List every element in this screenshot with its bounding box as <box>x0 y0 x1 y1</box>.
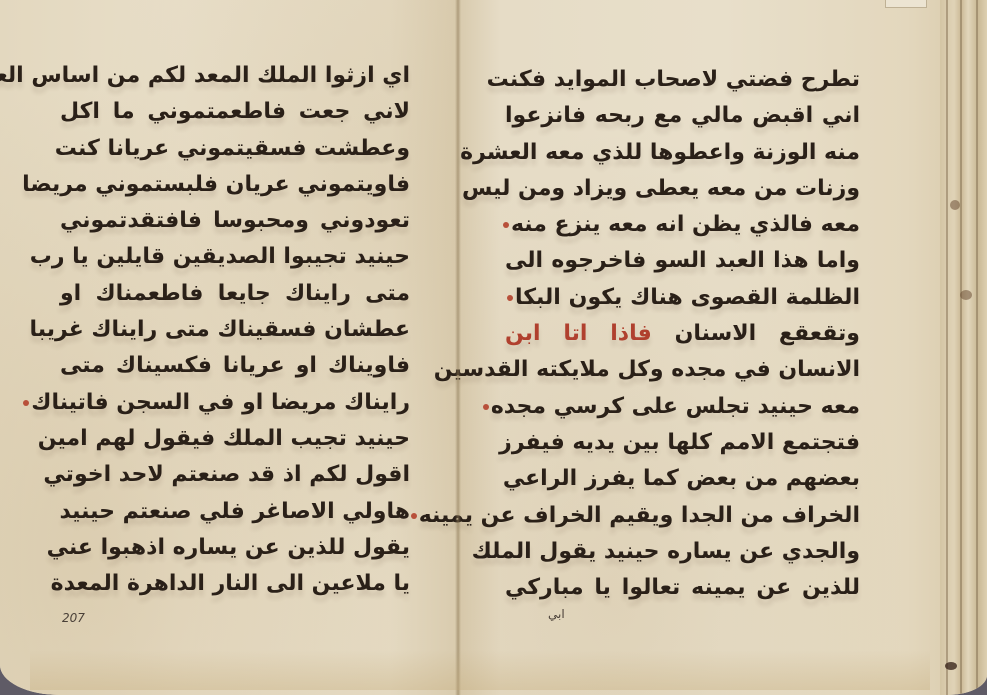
text-line: اقول لكم اذ قد صنعتم لاحد اخوتي <box>60 457 410 493</box>
edge-line <box>946 0 948 695</box>
left-page: اي ازثوا الملك المعد لكم من اساس العالم … <box>0 0 458 695</box>
edge-line <box>976 0 978 695</box>
text-line: هاولي الاصاغر فلي صنعتم حينيد <box>60 494 410 530</box>
text-line: تطرح فضتي لاصحاب الموايد فكنت <box>505 62 860 98</box>
text-line: وزنات من معه يعطى ويزاد ومن ليس <box>505 171 860 207</box>
text-line: اني اقبض مالي مع ربحه فانزعوا <box>505 98 860 134</box>
text-line: بعضهم من بعض كما يفرز الراعي <box>505 461 860 497</box>
text-line: حينيد تجيبوا الصديقين قايلين يا رب <box>60 239 410 275</box>
manuscript-photo: اي ازثوا الملك المعد لكم من اساس العالم … <box>0 0 987 695</box>
text-line: يا ملاعين الى النار الداهرة المعدة <box>60 566 410 602</box>
text-line: معه فالذي يظن انه معه ينزع منه <box>505 207 860 243</box>
text-line: والجدي عن يساره حينيد يقول الملك <box>505 534 860 570</box>
red-rubric: فاذا اتا ابن <box>505 321 652 346</box>
text-line: الانسان في مجده وكل ملايكته القدسين <box>505 352 860 388</box>
text-line: متى رايناك جايعا فاطعمناك او <box>60 276 410 312</box>
verse-marker-dot <box>507 295 513 301</box>
left-page-text: اي ازثوا الملك المعد لكم من اساس العالم … <box>60 58 410 602</box>
text-line: رايناك مريضا او في السجن فاتيناك <box>60 385 410 421</box>
edge-line <box>960 0 962 695</box>
text-line: وتقعقع الاسنان فاذا اتا ابن <box>505 316 860 352</box>
ink-stain <box>960 290 972 300</box>
right-page-text: تطرح فضتي لاصحاب الموايد فكنت اني اقبض م… <box>505 62 860 606</box>
book-gutter <box>455 0 461 695</box>
open-book: اي ازثوا الملك المعد لكم من اساس العالم … <box>0 0 987 695</box>
text-line: الخراف من الجدا ويقيم الخراف عن يمينه <box>505 498 860 534</box>
text-line: اي ازثوا الملك المعد لكم من اساس العالم <box>60 58 410 94</box>
ink-stain <box>950 200 960 210</box>
text-line: لاني جعت فاطعمتموني ما اكل <box>60 94 410 130</box>
verse-marker-dot <box>411 513 417 519</box>
catchword: ابي <box>548 607 565 621</box>
verse-marker-dot <box>483 404 489 410</box>
text-line: الظلمة القصوى هناك يكون البكا <box>505 280 860 316</box>
verse-marker-dot <box>503 222 509 228</box>
text-line: فتجتمع الامم كلها بين يديه فيفرز <box>505 425 860 461</box>
text-line: يقول للذين عن يساره اذهبوا عني <box>60 530 410 566</box>
worm-hole <box>945 662 957 670</box>
water-stain <box>30 650 930 690</box>
text-line: فاويتموني عريان فلبستموني مريضا <box>60 167 410 203</box>
page-edges <box>940 0 987 695</box>
text-line: وعطشت فسقيتموني عريانا كنت <box>60 131 410 167</box>
text-line: تعودوني ومحبوسا فافتقدتموني <box>60 203 410 239</box>
text-line: واما هذا العبد السو فاخرجوه الى <box>505 243 860 279</box>
paper-tab <box>885 0 927 8</box>
text-line: فاويناك او عريانا فكسيناك متى <box>60 348 410 384</box>
verse-marker-dot <box>23 400 29 406</box>
text-line: حينيد تجيب الملك فيقول لهم امين <box>60 421 410 457</box>
text-line: منه الوزنة واعطوها للذي معه العشرة <box>505 135 860 171</box>
text-line: معه حينيد تجلس على كرسي مجده <box>505 389 860 425</box>
folio-number: 207 <box>62 611 85 625</box>
text-line: عطشان فسقيناك متى رايناك غريبا <box>60 312 410 348</box>
right-page: تطرح فضتي لاصحاب الموايد فكنت اني اقبض م… <box>458 0 987 695</box>
text-line: للذين عن يمينه تعالوا يا مباركي <box>505 570 860 606</box>
